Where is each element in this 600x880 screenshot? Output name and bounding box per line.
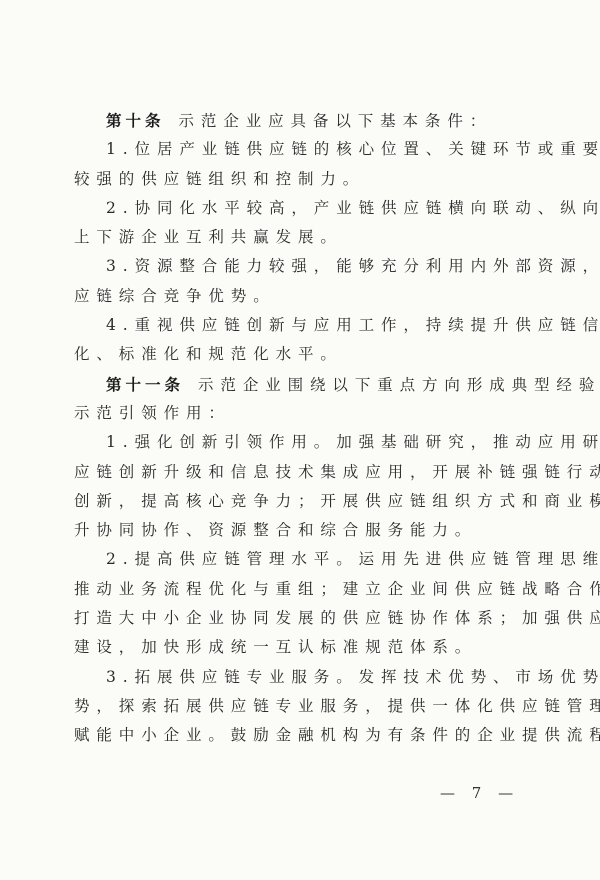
text-line: 示范企业应具备以下基本条件： [179, 112, 493, 130]
article-10-heading: 第十条示范企业应具备以下基本条件： [74, 106, 514, 135]
text-line: 3.拓展供应链专业服务。发挥技术优势、市场优势、平台优 [74, 663, 514, 692]
text-line: 创新，提高核心竞争力；开展供应链组织方式和商业模式创新，提 [74, 487, 514, 516]
text-line: 示范企业围绕以下重点方向形成典型经验，发挥 [198, 376, 600, 394]
text-line: 应链综合竞争优势。 [74, 282, 514, 311]
text-line: 2.协同化水平较高，产业链供应链横向联动、纵向贯通，带动 [74, 194, 514, 223]
text-line: 1.位居产业链供应链的核心位置、关键环节或重要节点，具有 [74, 135, 514, 164]
text-line: 1.强化创新引领作用。加强基础研究，推动应用研究，加强供 [74, 428, 514, 457]
article-label: 第十一条 [106, 375, 184, 394]
text-line: 3.资源整合能力较强，能够充分利用内外部资源，培育形成供 [74, 252, 514, 281]
text-line: 化、标准化和规范化水平。 [74, 340, 514, 369]
page-number: — 7 — [440, 784, 519, 802]
document-page: 第十条示范企业应具备以下基本条件： 1.位居产业链供应链的核心位置、关键环节或重… [74, 106, 514, 751]
text-line: 2.提高供应链管理水平。运用先进供应链管理思维和方法， [74, 545, 514, 574]
text-line: 升协同协作、资源整合和综合服务能力。 [74, 516, 514, 545]
text-line: 打造大中小企业协同发展的供应链协作体系；加强供应链标准化 [74, 604, 514, 633]
text-line: 示范引领作用： [74, 399, 514, 428]
text-line: 赋能中小企业。鼓励金融机构为有条件的企业提供流程型、智能 [74, 721, 514, 750]
text-line: 上下游企业互利共赢发展。 [74, 223, 514, 252]
text-line: 4.重视供应链创新与应用工作，持续提升供应链信息化、智能 [74, 311, 514, 340]
text-line: 较强的供应链组织和控制力。 [74, 165, 514, 194]
text-line: 势，探索拓展供应链专业服务，提供一体化供应链管理服务，积极 [74, 692, 514, 721]
text-line: 应链创新升级和信息技术集成应用，开展补链强链行动，推动技术 [74, 458, 514, 487]
article-11-heading: 第十一条示范企业围绕以下重点方向形成典型经验，发挥 [74, 370, 514, 399]
text-line: 推动业务流程优化与重组；建立企业间供应链战略合作伙伴关系， [74, 575, 514, 604]
article-label: 第十条 [106, 111, 165, 130]
text-line: 建设，加快形成统一互认标准规范体系。 [74, 633, 514, 662]
